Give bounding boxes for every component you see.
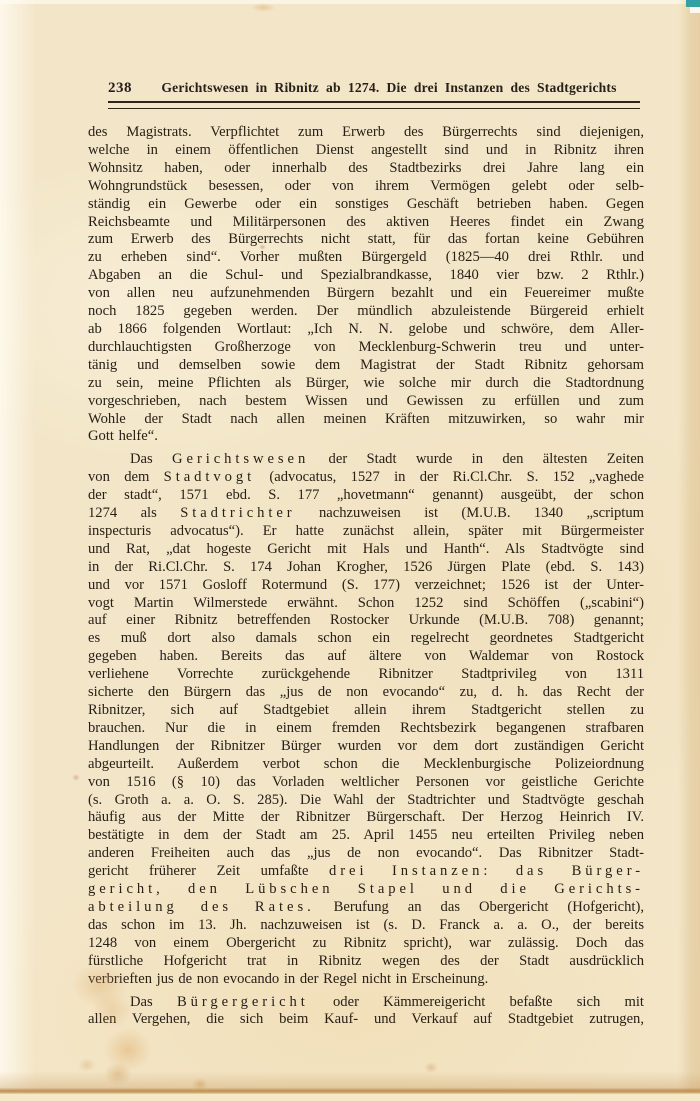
text-line: tänig und demselben sowie dem Magistrat …	[88, 357, 644, 375]
text-line: abteilung des Rates. Berufung an das Obe…	[88, 899, 644, 917]
text-line: von allen neu aufzunehmenden Bürgern bez…	[88, 285, 644, 303]
scan-corner-artifact-white	[690, 7, 700, 13]
text-line: verliehene Vorrechte zurückgehende Ribni…	[88, 666, 644, 684]
letterspaced-text: drei Instanzen: das Bürger-	[329, 863, 644, 879]
text-line: Das Gerichtswesen der Stadt wurde in den…	[88, 451, 644, 469]
text-line: zu erheben sind“. Vorher mußten Bürgerge…	[88, 249, 644, 267]
page-edge-right	[678, 0, 700, 1101]
text-line: ab 1866 folgenden Wortlaut: „Ich N. N. g…	[88, 321, 644, 339]
text-line: Das Bürgergericht oder Kämmereigericht b…	[88, 994, 644, 1012]
text-line: der stadt“, 1571 ebd. S. 177 „hovetmann“…	[88, 487, 644, 505]
page-number: 238	[108, 80, 132, 97]
text-line: in der Ri.Cl.Chr. S. 174 Johan Krogher, …	[88, 559, 644, 577]
text-line: 1248 von einem Obergericht zu Ribnitz sp…	[88, 935, 644, 953]
text-line: des Magistrats. Verpflichtet zum Erwerb …	[88, 124, 644, 142]
text-line: Wohle der Stadt nach allen meinen Kräfte…	[88, 411, 644, 429]
foxing-stain	[78, 1058, 96, 1072]
foxing-stain	[104, 1062, 132, 1086]
foxing-stain	[424, 1062, 438, 1073]
foxing-stain	[104, 1028, 152, 1072]
text-line: (s. Groth a. a. O. S. 285). Die Wahl der…	[88, 792, 644, 810]
text-line: vogt Martin Wilmerstede erwähnt. Schon 1…	[88, 595, 644, 613]
text-line: Ribnitzer, sich auf Stadtgebiet allein i…	[88, 702, 644, 720]
text-line: von 1516 (§ 10) das Vorladen weltlicher …	[88, 774, 644, 792]
foxing-stain	[250, 3, 276, 12]
letterspaced-text: Gerichtswesen	[172, 451, 309, 467]
foxing-stain	[192, 1078, 208, 1091]
letterspaced-text: abteilung des Rates.	[88, 899, 315, 915]
foxing-stain	[72, 774, 80, 781]
text-line: 1274 als Stadtrichter nachzuweisen ist (…	[88, 505, 644, 523]
text-line: brauchen. Nur die in einem fremden Recht…	[88, 720, 644, 738]
text-line: von dem Stadtvogt (advocatus, 1527 in de…	[88, 469, 644, 487]
page-edge-left	[0, 0, 36, 1101]
text-line: noch 1825 gegeben werden. Der mündlich a…	[88, 303, 644, 321]
text-line: das schon im 13. Jh. nachzuweisen ist (s…	[88, 917, 644, 935]
paragraph: Das Bürgergericht oder Kämmereigericht b…	[88, 994, 644, 1030]
text-line: durchlauchtigsten Großherzoge von Meckle…	[88, 339, 644, 357]
text-line: bestätigte in dem der Stadt am 25. April…	[88, 827, 644, 845]
letterspaced-text: Stadtrichter	[180, 505, 295, 521]
text-line: fürstliche Hofgericht trat in Ribnitz we…	[88, 953, 644, 971]
text-line: allen Vergehen, die sich beim Kauf- und …	[88, 1011, 644, 1029]
text-line: Handlungen der Ribnitzer Bürger wurden v…	[88, 738, 644, 756]
scanned-book-page: 238 Gerichtswesen in Ribnitz ab 1274. Di…	[0, 0, 700, 1101]
page-edge-bottom	[0, 1071, 700, 1101]
letterspaced-text: Bürgergericht	[177, 994, 309, 1010]
text-line: verbrieften jus de non evocando in der R…	[88, 971, 644, 989]
text-line: inspecturis advocatus“). Er hatte zunäch…	[88, 523, 644, 541]
text-line: anderen Freiheiten auch das „jus de non …	[88, 845, 644, 863]
text-line: vorgeschrieben, nach bestem Wissen und G…	[88, 393, 644, 411]
text-line: gericht, den Lübschen Stapel und die Ger…	[88, 881, 644, 899]
text-line: gegeben haben. Bereits das auf ältere vo…	[88, 648, 644, 666]
text-line: und Rat, „dat hogeste Gericht mit Hals u…	[88, 541, 644, 559]
text-line: Gott helfe“.	[88, 428, 644, 446]
header-double-rule	[108, 101, 640, 109]
text-line: und vor 1571 Gosloff Rotermund (S. 177) …	[88, 577, 644, 595]
letterspaced-text: Stadtvogt	[164, 469, 255, 485]
text-line: gericht früherer Zeit umfaßte drei Insta…	[88, 863, 644, 881]
text-line: Abgaben an die Schul- und Spezialbrandka…	[88, 267, 644, 285]
paragraph: Das Gerichtswesen der Stadt wurde in den…	[88, 451, 644, 988]
text-line: zum Erwerb des Bürgerrechts nicht statt,…	[88, 231, 644, 249]
text-line: es muß dort also damals schon ein regelr…	[88, 630, 644, 648]
text-line: welche in einem öffentlichen Dienst ange…	[88, 142, 644, 160]
scan-corner-artifact	[686, 0, 700, 7]
running-title: Gerichtswesen in Ribnitz ab 1274. Die dr…	[132, 80, 640, 96]
text-block: des Magistrats. Verpflichtet zum Erwerb …	[88, 124, 644, 1029]
text-line: abgeurteilt. Außerdem verbot schon die M…	[88, 756, 644, 774]
text-line: Wohnsitz haben, oder innerhalb des Stadt…	[88, 160, 644, 178]
text-line: häufig aus der Mitte der Ribnitzer Bürge…	[88, 809, 644, 827]
page-header: 238 Gerichtswesen in Ribnitz ab 1274. Di…	[108, 80, 640, 109]
text-line: auf einer Ribnitz betreffenden Rostocker…	[88, 612, 644, 630]
text-line: zu sein, meine Pflichten als Bürger, wie…	[88, 375, 644, 393]
text-line: Wohngrundstück besessen, oder von ihrem …	[88, 178, 644, 196]
text-line: ständig ein Gewerbe oder ein sonstiges G…	[88, 196, 644, 214]
header-row: 238 Gerichtswesen in Ribnitz ab 1274. Di…	[108, 80, 640, 97]
page-edge-top	[0, 0, 700, 4]
letterspaced-text: gericht, den Lübschen Stapel und die Ger…	[88, 881, 644, 897]
paragraph: des Magistrats. Verpflichtet zum Erwerb …	[88, 124, 644, 446]
text-line: sicherte den Bürgern das „jus de non evo…	[88, 684, 644, 702]
text-line: Reichsbeamte und Militärpersonen des akt…	[88, 214, 644, 232]
